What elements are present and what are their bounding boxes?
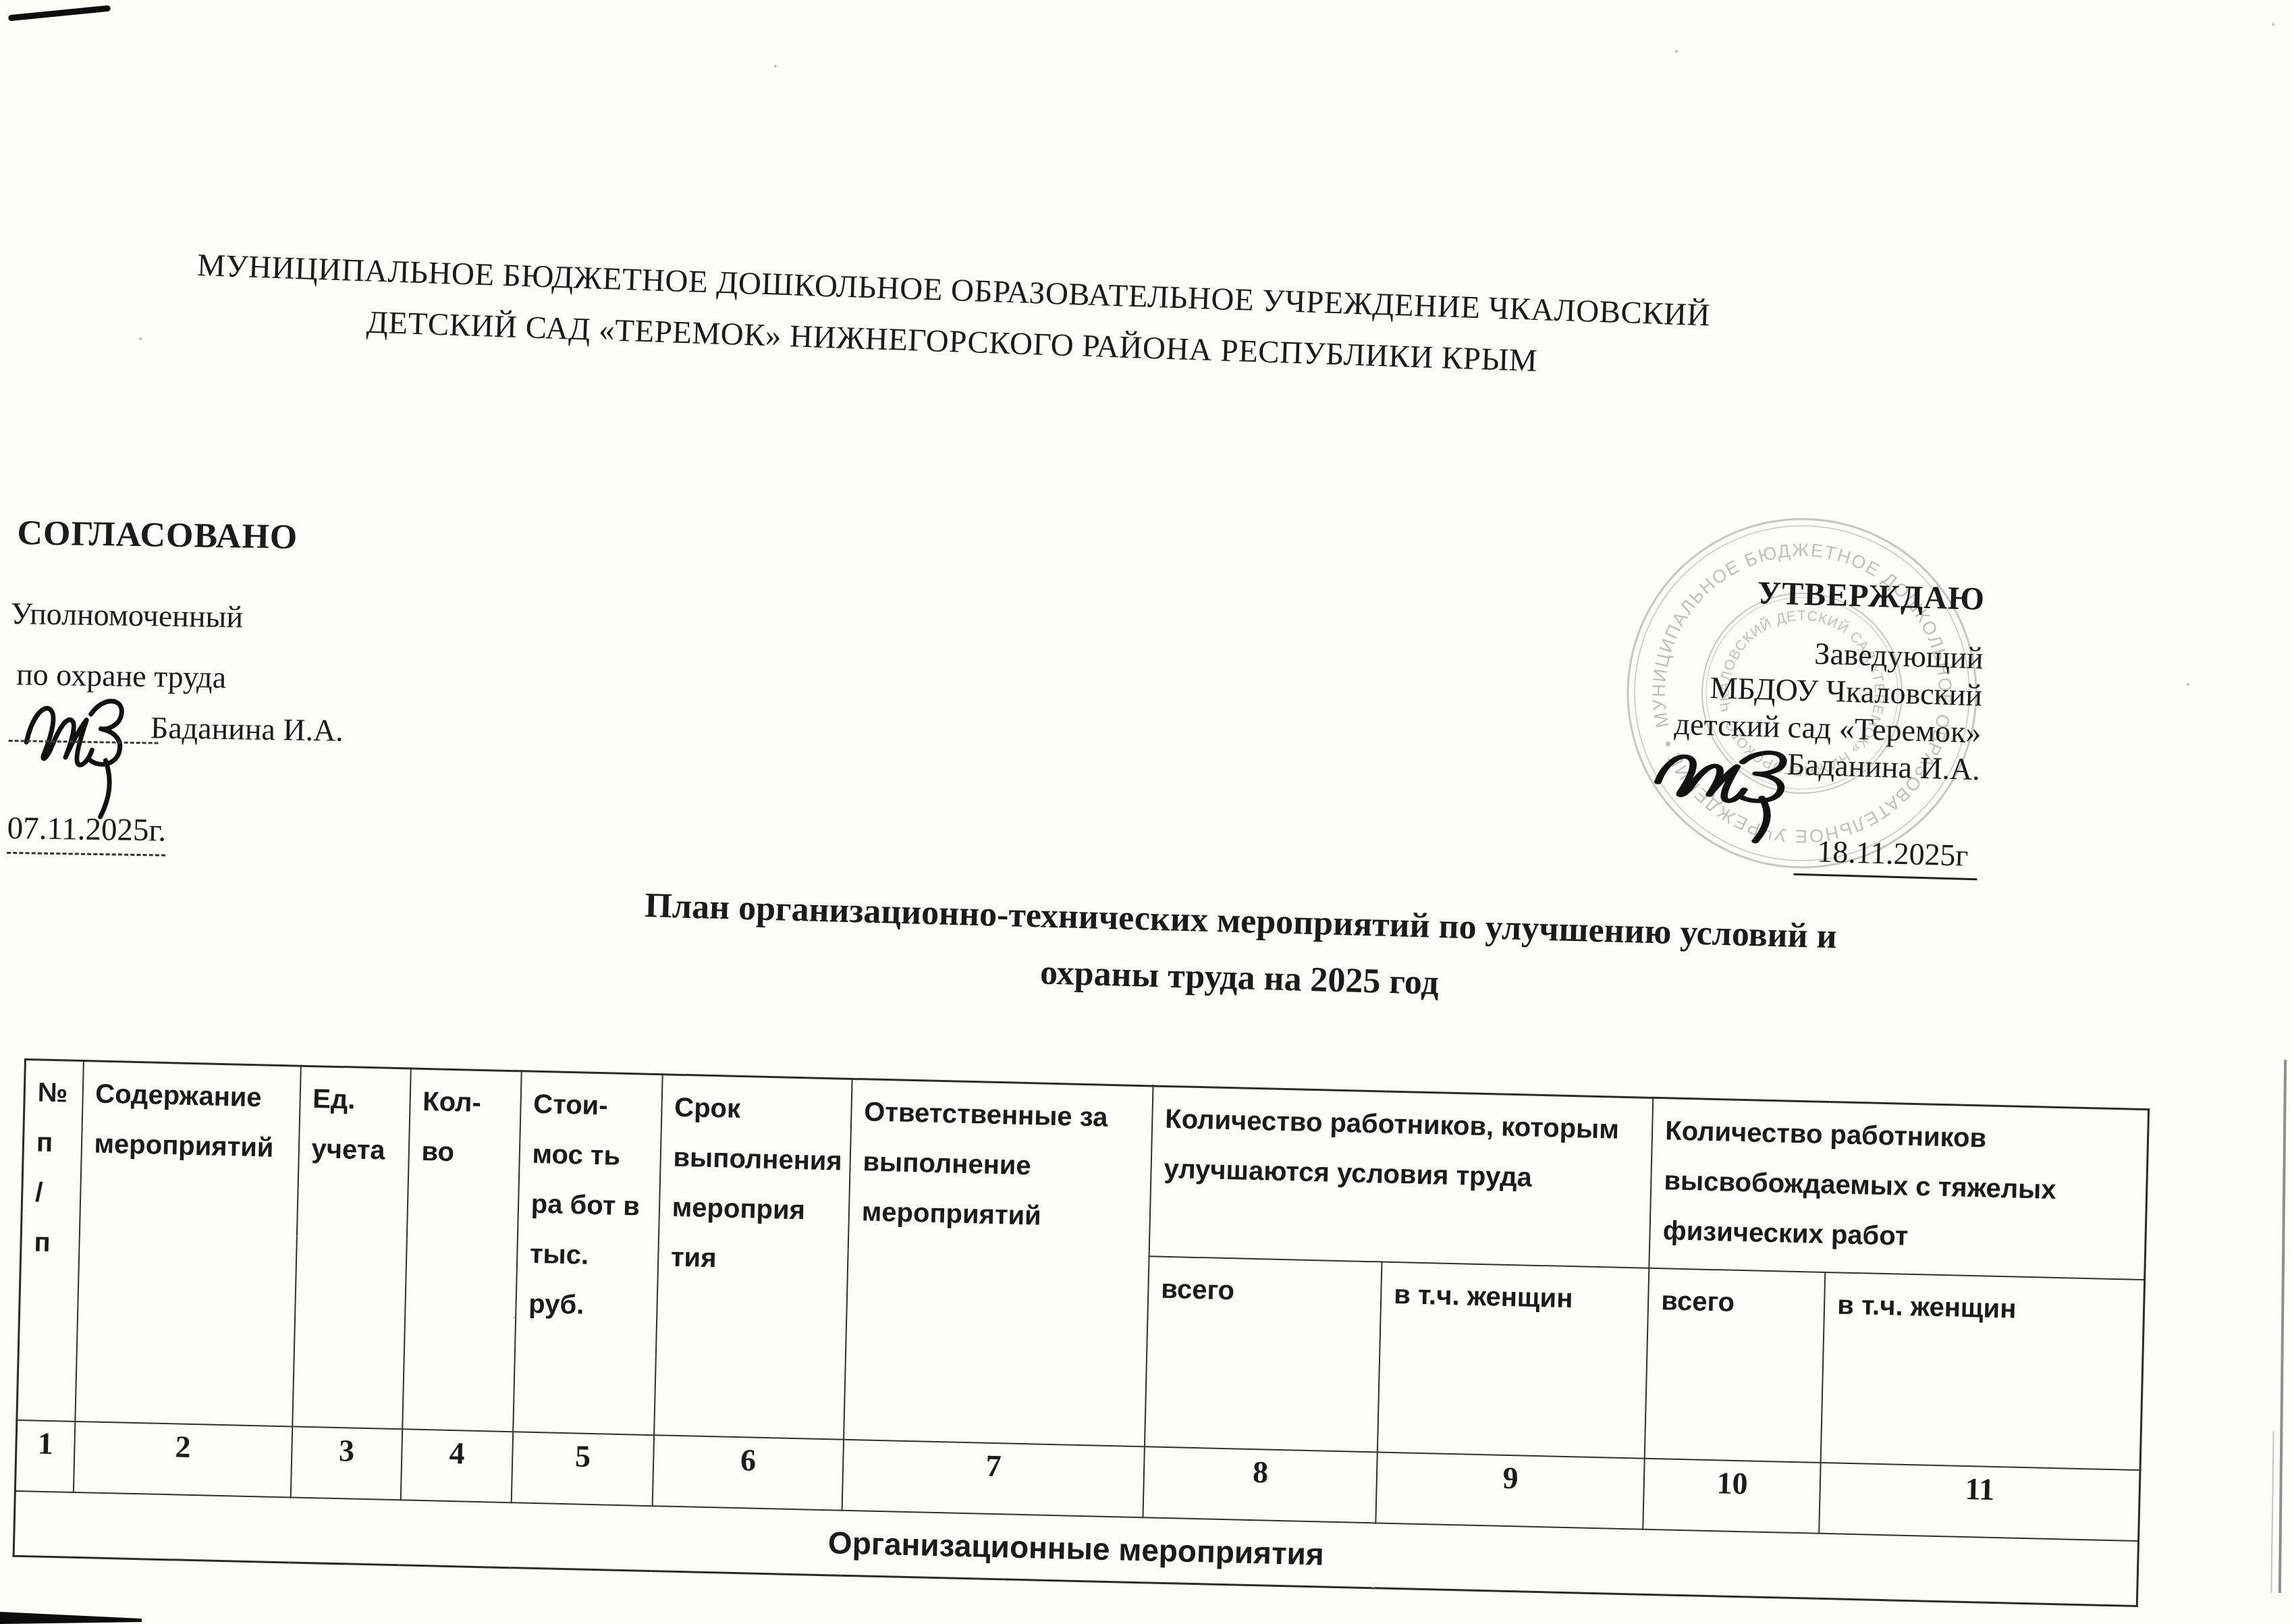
approved-date: 18.11.2025г: [1793, 832, 1978, 881]
approved-block: УТВЕРЖДАЮ Заведующий МБДОУ Чкаловский де…: [1605, 570, 1986, 880]
scanned-document-page: МУНИЦИПАЛЬНОЕ БЮДЖЕТНОЕ ДОШКОЛЬНОЕ ОБРАЗ…: [0, 0, 2292, 1624]
signature-right: [1646, 730, 1818, 846]
